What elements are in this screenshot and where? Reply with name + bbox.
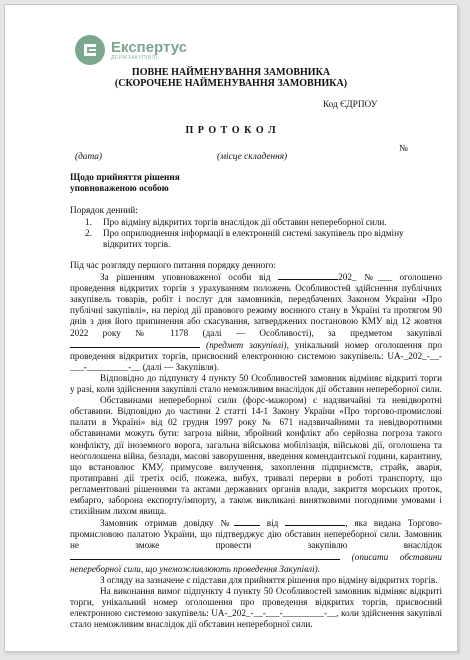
place-label: (місце складення) — [217, 152, 287, 163]
discussion-section: Під час розгляду першого питання порядку… — [70, 260, 442, 630]
paragraph-grounds: З огляду на зазначене є підстави для при… — [70, 575, 442, 586]
subject-line-1: Щодо прийняття рішення — [70, 173, 180, 184]
paragraph-certificate: Замовник отримав довідку № від , яка вид… — [70, 517, 442, 574]
protocol-number-label: № — [399, 144, 408, 155]
paragraph-announcement: За рішенням уповноваженої особи від 202_… — [70, 271, 442, 373]
logo-name: Експертус — [111, 40, 187, 55]
agenda-list: 1. Про відміну відкритих торгів внаслідо… — [85, 217, 441, 250]
agenda-item: 2. Про оприлюднення інформації в електро… — [85, 228, 441, 250]
paragraph-decision: На виконання вимог підпункту 4 пункту 50… — [70, 586, 442, 630]
edrpou-label: Код ЄДРПОУ — [323, 100, 377, 111]
paragraph-legal-basis: Відповідно до підпункту 4 пункту 50 Особ… — [70, 373, 442, 395]
customer-full-name: ПОВНЕ НАЙМЕНУВАННЯ ЗАМОВНИКА — [5, 67, 457, 78]
subject-line-2: уповноваженою особою — [70, 184, 169, 195]
date-label: (дата) — [75, 152, 102, 163]
customer-short-name: (СКОРОЧЕНЕ НАЙМЕНУВАННЯ ЗАМОВНИКА) — [5, 78, 457, 89]
logo-icon — [75, 35, 105, 65]
paragraph-force-majeure: Обставинами непереборної сили (форс-мажо… — [70, 395, 442, 517]
discussion-intro: Під час розгляду першого питання порядку… — [70, 260, 442, 271]
protocol-title: П Р О Т О К О Л — [5, 125, 457, 136]
document-page: Експертус ДЕРЖЗАКУПІВЛІ ПОВНЕ НАЙМЕНУВАН… — [4, 4, 458, 652]
logo-subtitle: ДЕРЖЗАКУПІВЛІ — [111, 56, 187, 61]
agenda-title: Порядок денний: — [70, 206, 138, 217]
agenda-item: 1. Про відміну відкритих торгів внаслідо… — [85, 217, 441, 228]
logo: Експертус ДЕРЖЗАКУПІВЛІ — [75, 35, 187, 65]
